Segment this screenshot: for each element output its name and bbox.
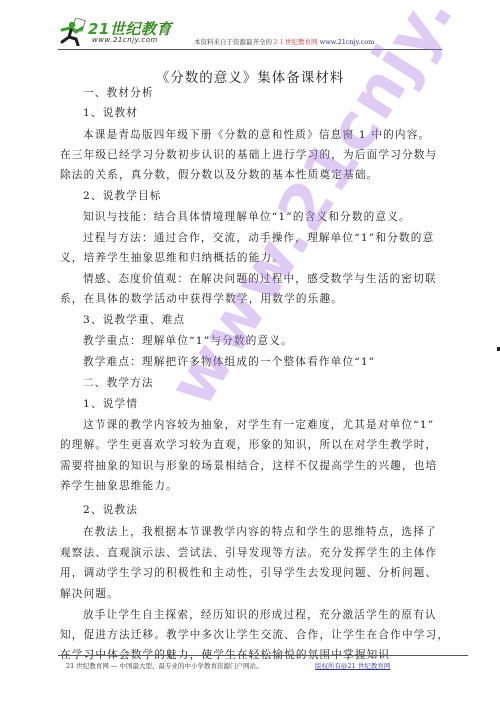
paragraph-line: 这节课的教学内容较为抽象，对学生有一定难度，尤其是对单位“1” [83, 418, 434, 432]
subsection-heading: 3、说教学重、难点 [83, 313, 185, 327]
subsection-heading: 1、说教材 [83, 106, 138, 120]
site-logo[interactable]: 21世纪教育 www.21cnjy.com [58, 14, 178, 48]
paragraph-line: 情感、态度价值观：在解决问题的过程中，感受数学与生活的密切联 [83, 272, 437, 286]
subsection-heading: 2、说教法 [83, 503, 138, 517]
document-title: 《分数的意义》集体备课材料 [0, 66, 500, 86]
paragraph-line: 义，培养学生抽象思维和归纳概括的能力。 [60, 251, 284, 265]
paragraph-line: 放手让学生自主探索，经历知识的形成过程，充分激活学生的原有认 [83, 608, 437, 622]
paragraph-line: 养学生抽象思维能力。 [60, 479, 178, 493]
header-divider [58, 49, 442, 50]
paragraph-line: 教学难点：理解把许多物体组成的一个整体看作单位“1” [83, 355, 375, 369]
source-url-link[interactable]: www.21cnjy.com [320, 38, 375, 46]
paragraph-line: 需要将抽象的知识与形象的场景相结合，这样不仅提高学生的兴趣，也培 [60, 459, 437, 473]
logo-url: www.21cnjy.com [92, 36, 158, 44]
paragraph-line: 过程与方法：通过合作，交流，动手操作，理解单位“1”和分数的意 [83, 231, 434, 245]
paragraph-line: 知识与技能：结合具体情境理解单位“1”的含义和分数的意义。 [83, 210, 411, 224]
paragraph-line: 知，促进方法迁移。教学中多次让学生交流、合作，让学生在合作中学习， [60, 628, 449, 642]
runner-logo-icon [58, 18, 88, 46]
footer-divider [58, 655, 468, 656]
paragraph-line: 的理解。学生更喜欢学习较为直观，形象的知识，所以在对学生教学时， [60, 438, 437, 452]
subsection-heading: 2、说教学目标 [83, 189, 162, 203]
paragraph-line: 在三年级已经学习分数初步认识的基础上进行学习的，为后面学习分数与 [60, 148, 437, 162]
source-brand: ２１世纪教育网 [272, 38, 318, 46]
paragraph-line: 除法的关系，真分数，假分数以及分数的基本性质奠定基础。 [60, 168, 378, 182]
section-heading: 二、教学方法 [83, 376, 154, 390]
copyright-link[interactable]: 版权所有@21 世纪教育网 [315, 661, 390, 670]
paragraph-line: 解决问题。 [60, 587, 119, 601]
subsection-heading: 1、说学情 [83, 397, 138, 411]
section-heading: 一、教材分析 [83, 86, 154, 100]
paragraph-line: 观察法、直观演示法、尝试法、引导发现等方法。充分发挥学生的主体作 [60, 546, 437, 560]
paragraph-line: 本课是青岛版四年级下册《分数的意和性质》信息窗 1 中的内容。 [83, 128, 430, 142]
paragraph-line: 在教法上，我根据本节课教学内容的特点和学生的思维特点，选择了 [83, 525, 437, 539]
page-header: 21世纪教育 www.21cnjy.com 本资料来自于资源最齐全的２１世纪教育… [58, 14, 442, 50]
paragraph-line: 系，在具体的数学活动中获得学数学，用数学的乐趣。 [60, 292, 343, 306]
source-note: 本资料来自于资源最齐全的２１世纪教育网 www.21cnjy.com [194, 37, 374, 46]
source-prefix: 本资料来自于资源最齐全的 [194, 38, 272, 46]
paragraph-line: 用，调动学生学习的积极性和主动性，引导学生去发现问题、分析问题、 [60, 566, 437, 580]
footer-text: 21 世纪教育网 — 中国最大型、最专业的中小学教育资源门户网站。 [66, 661, 262, 670]
paragraph-line: 教学重点：理解单位“1”与分数的意义。 [83, 334, 293, 348]
